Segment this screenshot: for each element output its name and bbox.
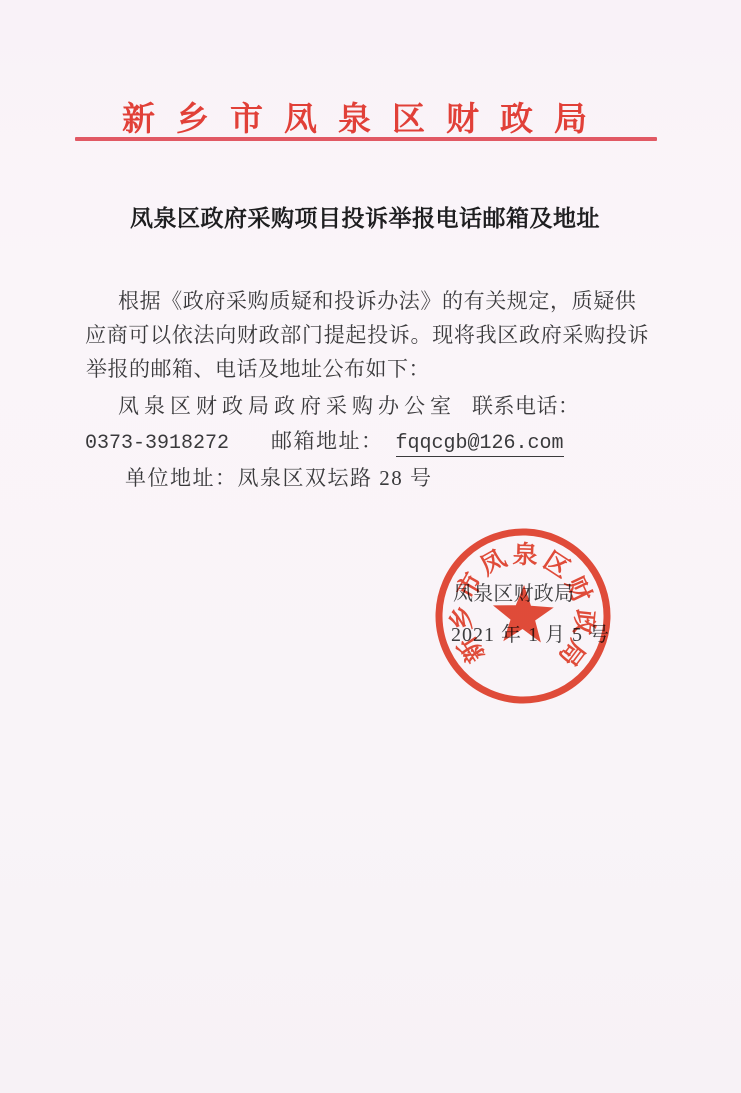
contact-phone-number: 0373-3918272 (85, 432, 229, 455)
document-title: 凤泉区政府采购项目投诉举报电话邮箱及地址 (130, 200, 600, 233)
svg-text:乡: 乡 (447, 605, 477, 631)
contact-email-address: fqqcgb@126.com (396, 432, 564, 457)
contact-office-name: 凤泉区财政局政府采购办公室 (118, 394, 456, 418)
contact-phone-label: 联系电话： (472, 394, 580, 418)
svg-text:局: 局 (553, 634, 590, 671)
contact-office-line: 凤泉区财政局政府采购办公室联系电话： (118, 390, 580, 420)
contact-email-label: 邮箱地址： (271, 429, 384, 453)
contact-phone-email-line: 0373-3918272邮箱地址：fqqcgb@126.com (85, 425, 564, 455)
contact-address-line: 单位地址：凤泉区双坛路 28 号 (125, 462, 433, 492)
svg-text:区: 区 (538, 546, 574, 583)
seal-star-icon (492, 584, 555, 643)
svg-text:政: 政 (569, 608, 599, 636)
official-seal-graphic: 新乡市凤泉区财政局 (425, 518, 622, 715)
paragraph-line-1: 根据《政府采购质疑和投诉办法》的有关规定，质疑供 (118, 285, 636, 315)
paragraph-line-3: 举报的邮箱、电话及地址公布如下： (86, 353, 430, 383)
letterhead-rule (75, 137, 657, 141)
svg-text:财: 财 (560, 572, 596, 607)
svg-text:泉: 泉 (512, 540, 538, 570)
official-seal: 新乡市凤泉区财政局 (425, 518, 622, 715)
scanned-document-page: 新乡市凤泉区财政局 凤泉区政府采购项目投诉举报电话邮箱及地址 根据《政府采购质疑… (0, 0, 741, 1093)
svg-text:新: 新 (452, 631, 490, 668)
paragraph-line-2: 应商可以依法向财政部门提起投诉。现将我区政府采购投诉 (85, 319, 649, 349)
svg-text:凤: 凤 (475, 544, 511, 581)
letterhead-title: 新乡市凤泉区财政局 (122, 93, 608, 140)
svg-text:市: 市 (452, 568, 489, 604)
